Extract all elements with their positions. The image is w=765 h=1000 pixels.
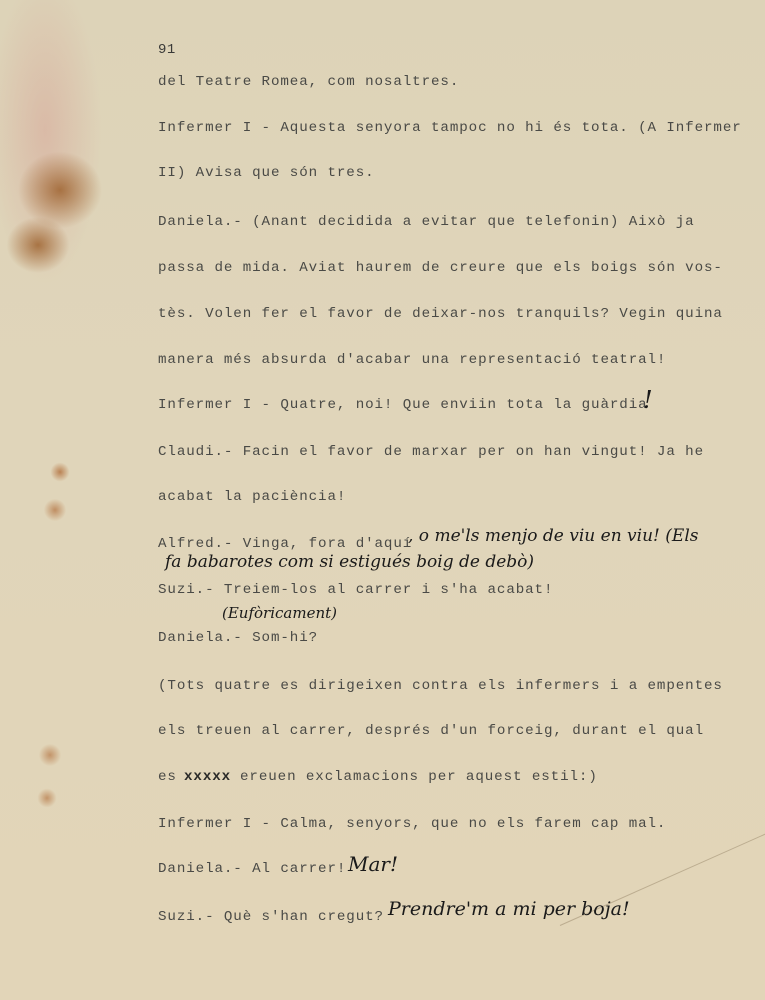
typed-line: del Teatre Romea, com nosaltres.	[158, 74, 459, 90]
typed-line: II) Avisa que són tres.	[158, 165, 375, 181]
typed-line: els treuen al carrer, després d'un force…	[158, 723, 704, 739]
paper-page	[0, 0, 765, 1000]
handwritten-annotation-daniela: Mar!	[348, 852, 398, 876]
typed-line: acabat la paciència!	[158, 489, 346, 505]
typed-line: Daniela.- Al carrer!	[158, 861, 346, 877]
typed-line: Suzi.- Treiem-los al carrer i s'ha acaba…	[158, 582, 553, 598]
struck-out-text: xxxxx	[184, 769, 231, 785]
handwritten-annotation-alfred: , o me'ls menjo de viu en viu! (Els	[408, 526, 699, 546]
typed-line: tès. Volen fer el favor de deixar-nos tr…	[158, 306, 723, 322]
typed-line: Daniela.- Som-hi?	[158, 630, 318, 646]
typed-line: Alfred.- Vinga, fora d'aquí	[158, 536, 412, 552]
handwritten-stage-direction: (Eufòricament)	[222, 604, 337, 622]
typed-line: (Tots quatre es dirigeixen contra els in…	[158, 678, 723, 694]
page-number: 91	[158, 42, 176, 58]
typed-line: Suzi.- Què s'han cregut?	[158, 909, 384, 925]
typed-line: Infermer I - Quatre, noi! Que enviin tot…	[158, 397, 648, 413]
typed-line: Infermer I - Aquesta senyora tampoc no h…	[158, 120, 742, 136]
typed-line: ereuen exclamacions per aquest estil:)	[240, 769, 598, 785]
handwritten-annotation-suzi: Prendre'm a mi per boja!	[388, 898, 630, 920]
typed-line: es	[158, 769, 177, 785]
typed-line: Infermer I - Calma, senyors, que no els …	[158, 816, 666, 832]
typed-line: Daniela.- (Anant decidida a evitar que t…	[158, 214, 695, 230]
typed-line: Claudi.- Facin el favor de marxar per on…	[158, 444, 704, 460]
typed-line: manera més absurda d'acabar una represen…	[158, 352, 666, 368]
handwritten-exclamation: !	[643, 386, 653, 414]
handwritten-annotation-alfred-cont: fa babarotes com si estigués boig de deb…	[165, 552, 534, 572]
typed-line: passa de mida. Aviat haurem de creure qu…	[158, 260, 723, 276]
